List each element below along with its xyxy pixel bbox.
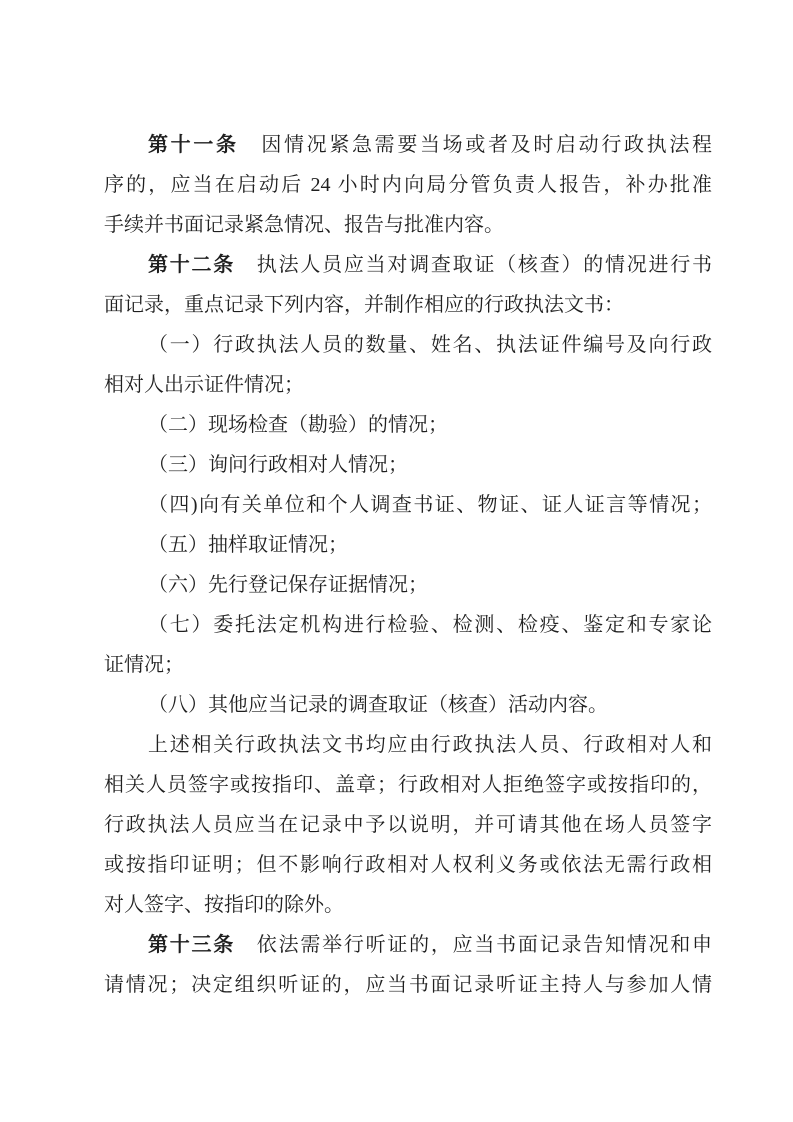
document-line: （七）委托法定机构进行检验、检测、检疫、鉴定和专家论	[104, 605, 712, 645]
article-number: 第十三条	[148, 934, 235, 956]
document-line: 序的，应当在启动后 24 小时内向局分管负责人报告，补办批准	[104, 165, 712, 205]
line-text: （八）其他应当记录的调查取证（核查）活动内容。	[148, 694, 608, 716]
line-text: 对人签字、按指印的除外。	[104, 894, 344, 916]
document-line: 证情况；	[104, 645, 712, 685]
document-line: 相对人出示证件情况；	[104, 365, 712, 405]
document-line: 第十一条 因情况紧急需要当场或者及时启动行政执法程	[104, 125, 712, 165]
document-line: 对人签字、按指印的除外。	[104, 885, 712, 925]
article-number: 第十一条	[148, 134, 239, 156]
line-text: 或按指印证明；但不影响行政相对人权利义务或依法无需行政相	[104, 854, 712, 876]
line-text: （五）抽样取证情况；	[148, 534, 348, 556]
line-text: （三）询问行政相对人情况；	[148, 454, 408, 476]
document-page: 第十一条 因情况紧急需要当场或者及时启动行政执法程序的，应当在启动后 24 小时…	[0, 0, 793, 1122]
line-text: 依法需举行听证的，应当书面记录告知情况和申	[235, 934, 712, 956]
line-text: 因情况紧急需要当场或者及时启动行政执法程	[239, 134, 712, 156]
document-line: （八）其他应当记录的调查取证（核查）活动内容。	[104, 685, 712, 725]
document-line: （一）行政执法人员的数量、姓名、执法证件编号及向行政	[104, 325, 712, 365]
document-line: 相关人员签字或按指印、盖章；行政相对人拒绝签字或按指印的，	[104, 765, 712, 805]
document-line: 面记录，重点记录下列内容，并制作相应的行政执法文书：	[104, 285, 712, 325]
document-line: 或按指印证明；但不影响行政相对人权利义务或依法无需行政相	[104, 845, 712, 885]
line-text: 执法人员应当对调查取证（核查）的情况进行书	[235, 254, 712, 276]
line-text: 手续并书面记录紧急情况、报告与批准内容。	[104, 214, 504, 236]
line-text: 序的，应当在启动后 24 小时内向局分管负责人报告，补办批准	[104, 174, 712, 196]
document-line: （二）现场检查（勘验）的情况；	[104, 405, 712, 445]
document-line: （三）询问行政相对人情况；	[104, 445, 712, 485]
line-text: 面记录，重点记录下列内容，并制作相应的行政执法文书：	[104, 294, 624, 316]
line-text: （四)向有关单位和个人调查书证、物证、证人证言等情况；	[148, 494, 712, 516]
line-text: 请情况；决定组织听证的，应当书面记录听证主持人与参加人情	[104, 974, 712, 996]
document-line: 第十三条 依法需举行听证的，应当书面记录告知情况和申	[104, 925, 712, 965]
line-text: （一）行政执法人员的数量、姓名、执法证件编号及向行政	[148, 334, 712, 356]
document-text: 第十一条 因情况紧急需要当场或者及时启动行政执法程序的，应当在启动后 24 小时…	[104, 125, 712, 1005]
line-text: （七）委托法定机构进行检验、检测、检疫、鉴定和专家论	[148, 614, 712, 636]
line-text: 行政执法人员应当在记录中予以说明，并可请其他在场人员签字	[104, 814, 712, 836]
document-line: 第十二条 执法人员应当对调查取证（核查）的情况进行书	[104, 245, 712, 285]
document-line: 行政执法人员应当在记录中予以说明，并可请其他在场人员签字	[104, 805, 712, 845]
line-text: 上述相关行政执法文书均应由行政执法人员、行政相对人和	[148, 734, 712, 756]
document-line: （五）抽样取证情况；	[104, 525, 712, 565]
document-line: （四)向有关单位和个人调查书证、物证、证人证言等情况；	[104, 485, 712, 525]
line-text: 证情况；	[104, 654, 184, 676]
line-text: （六）先行登记保存证据情况；	[148, 574, 428, 596]
line-text: （二）现场检查（勘验）的情况；	[148, 414, 448, 436]
document-line: （六）先行登记保存证据情况；	[104, 565, 712, 605]
line-text: 相对人出示证件情况；	[104, 374, 304, 396]
document-line: 请情况；决定组织听证的，应当书面记录听证主持人与参加人情	[104, 965, 712, 1005]
line-text: 相关人员签字或按指印、盖章；行政相对人拒绝签字或按指印的，	[104, 774, 712, 796]
document-line: 上述相关行政执法文书均应由行政执法人员、行政相对人和	[104, 725, 712, 765]
article-number: 第十二条	[148, 254, 235, 276]
document-line: 手续并书面记录紧急情况、报告与批准内容。	[104, 205, 712, 245]
